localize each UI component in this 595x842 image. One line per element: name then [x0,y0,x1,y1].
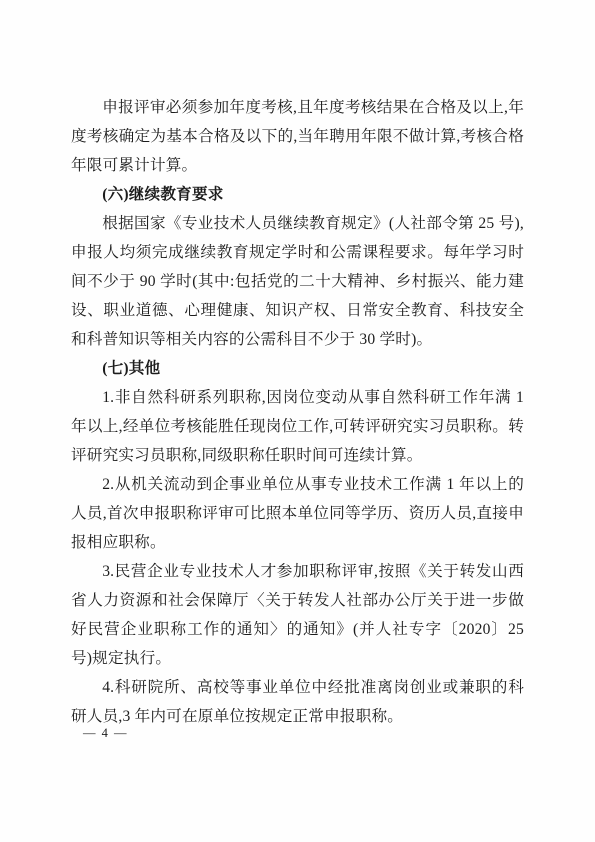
paragraph-continuing-education-detail: 根据国家《专业技术人员继续教育规定》(人社部令第 25 号),申报人均须完成继续… [71,209,524,354]
paragraph-other-item-3: 3.民营企业专业技术人才参加职称评审,按照《关于转发山西省人力资源和社会保障厅〈… [71,557,524,673]
document-page: 申报评审必须参加年度考核,且年度考核结果在合格及以上,年度考核确定为基本合格及以… [0,0,595,842]
paragraph-annual-assessment: 申报评审必须参加年度考核,且年度考核结果在合格及以上,年度考核确定为基本合格及以… [71,93,524,180]
paragraph-other-item-1: 1.非自然科研系列职称,因岗位变动从事自然科研工作年满 1 年以上,经单位考核能… [71,383,524,470]
section-heading-7-other: (七)其他 [71,354,524,383]
document-body: 申报评审必须参加年度考核,且年度考核结果在合格及以上,年度考核确定为基本合格及以… [71,93,524,731]
paragraph-other-item-2: 2.从机关流动到企事业单位从事专业技术工作满 1 年以上的人员,首次申报职称评审… [71,470,524,557]
paragraph-other-item-4: 4.科研院所、高校等事业单位中经批准离岗创业或兼职的科研人员,3 年内可在原单位… [71,673,524,731]
section-heading-6-continuing-education: (六)继续教育要求 [71,180,524,209]
page-number: — 4 — [83,726,128,741]
